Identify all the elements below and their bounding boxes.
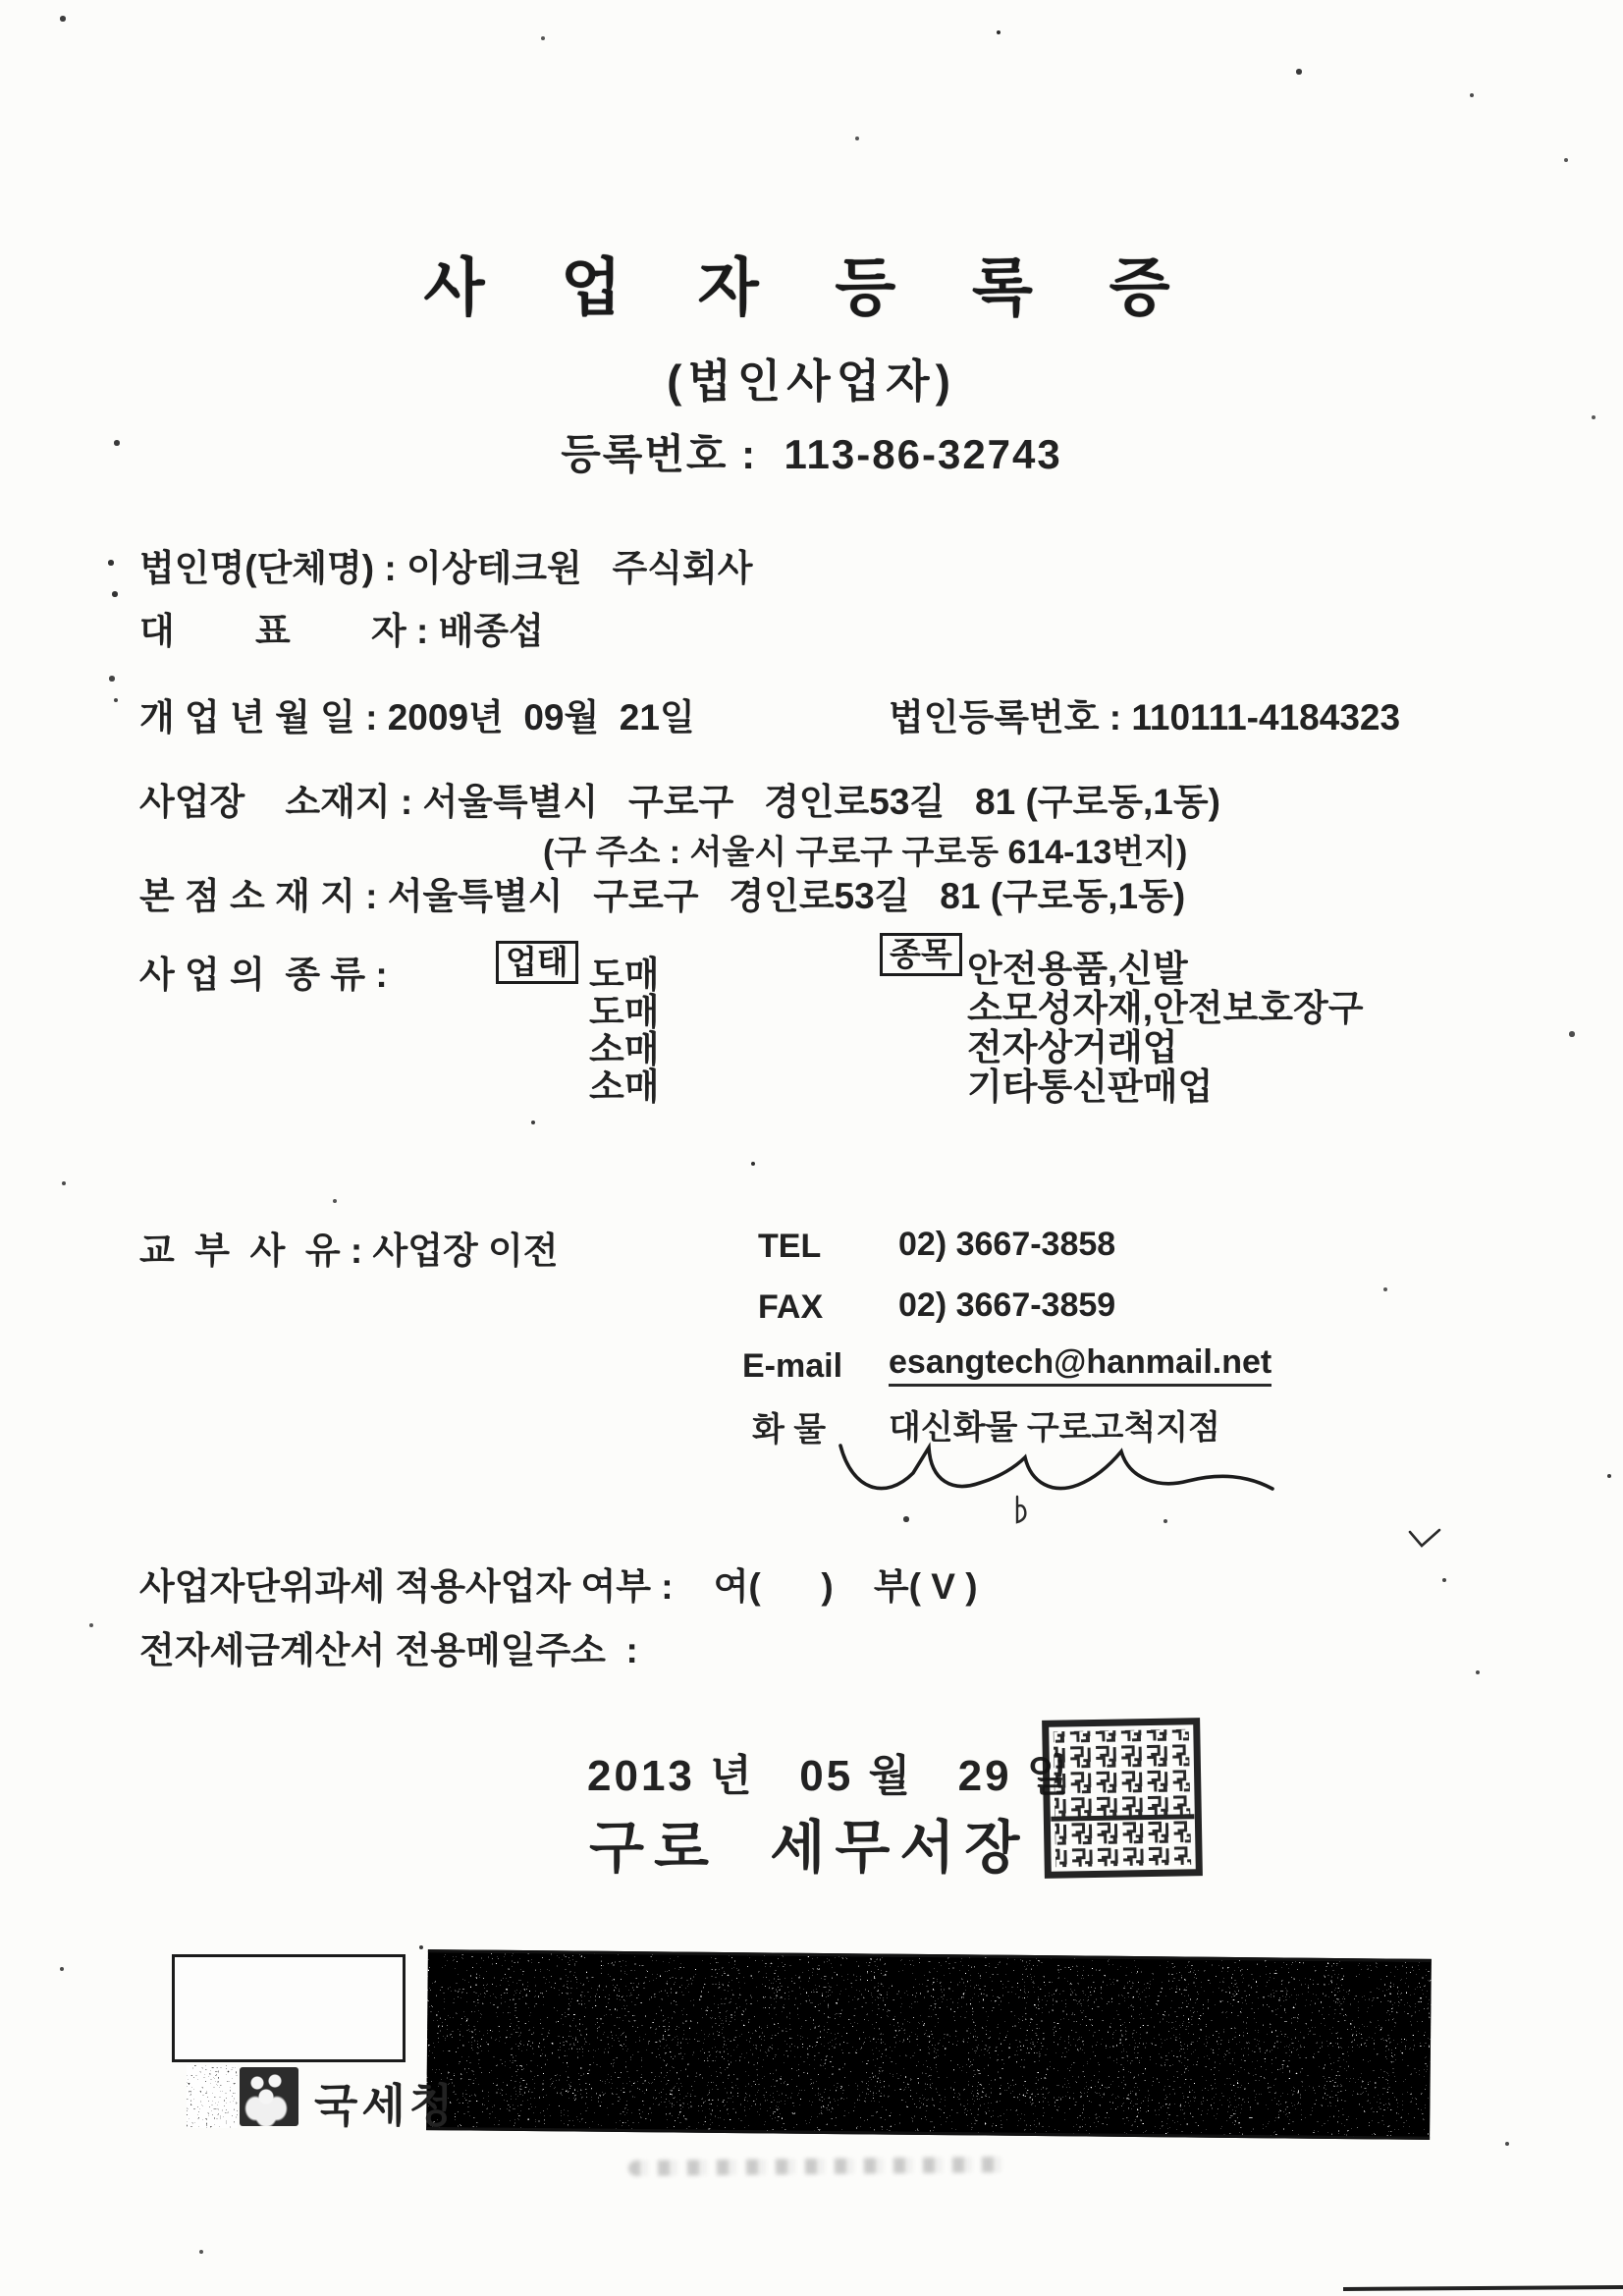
unit-tax-gap2 bbox=[834, 1566, 874, 1607]
tel-value: 02) 3667-3858 bbox=[898, 1226, 1115, 1264]
registration-number-label: 등록번호 : bbox=[561, 431, 757, 477]
biz-addr-label: 사업장 소재지 : bbox=[139, 782, 412, 822]
fax-label: FAX bbox=[758, 1288, 823, 1327]
einvoice-row: 전자세금계산서 전용메일주소 : bbox=[139, 1620, 638, 1673]
ceo-value: 배종섭 bbox=[439, 611, 544, 651]
unit-tax-yes-option: 여( ) bbox=[714, 1566, 834, 1607]
nts-emblem-noise bbox=[187, 2065, 238, 2128]
issue-date: 2013 년 05 월 29 일 bbox=[587, 1740, 1071, 1803]
corp-reg-gap bbox=[1121, 697, 1131, 738]
issue-reason-label: 교 부 사 유 : bbox=[139, 1230, 362, 1271]
unit-tax-gap1 bbox=[674, 1566, 714, 1607]
open-date-value: 2009년 09월 21일 bbox=[388, 697, 695, 738]
issue-reason-gap bbox=[362, 1230, 372, 1271]
registration-number-line: 등록번호 : 113-86-32743 bbox=[0, 422, 1623, 481]
certificate-subtitle: (법인사업자) bbox=[0, 346, 1623, 410]
corp-name-value: 이상테크원 주식회사 bbox=[406, 548, 753, 588]
uptae-row: 소매 bbox=[589, 1057, 659, 1110]
open-date-row: 개 업 년 월 일 : 2009년 09월 21일 bbox=[139, 687, 695, 740]
biz-addr-value: 서울특별시 구로구 경인로53길 81 (구로동,1동) bbox=[422, 782, 1219, 822]
corp-reg-label: 법인등록번호 : bbox=[889, 697, 1121, 738]
bottom-blank-box bbox=[172, 1954, 406, 2062]
scan-noise-specks bbox=[0, 0, 2, 2]
unit-tax-label: 사업자단위과세 적용사업자 여부 : bbox=[139, 1566, 674, 1607]
hq-addr-gap bbox=[377, 876, 387, 916]
registration-number-value: 113-86-32743 bbox=[784, 431, 1062, 477]
corp-reg-value: 110111-4184323 bbox=[1131, 697, 1400, 738]
nts-label: 국세청 bbox=[314, 2070, 457, 2135]
biz-addr-gap bbox=[412, 782, 422, 822]
corp-reg-row: 법인등록번호 : 110111-4184323 bbox=[889, 687, 1400, 740]
redacted-noise-bar bbox=[426, 1949, 1432, 2140]
unit-tax-row: 사업자단위과세 적용사업자 여부 : 여( ) 부( V ) bbox=[139, 1557, 978, 1610]
tel-label: TEL bbox=[758, 1228, 821, 1266]
uptae-tag-box: 업태 bbox=[496, 941, 578, 984]
biz-addr-row: 사업장 소재지 : 서울특별시 구로구 경인로53길 81 (구로동,1동) bbox=[139, 772, 1220, 825]
bottom-corner-line bbox=[1343, 2285, 1623, 2291]
fax-value: 02) 3667-3859 bbox=[898, 1286, 1115, 1325]
handwritten-wave-mark bbox=[835, 1436, 1278, 1506]
hq-addr-value: 서울특별시 구로구 경인로53길 81 (구로동,1동) bbox=[388, 876, 1185, 916]
issuer-name: 구로 세무서장 bbox=[589, 1801, 1029, 1884]
hq-addr-label: 본 점 소 재 지 : bbox=[139, 876, 377, 916]
handwritten-check-mark bbox=[1406, 1528, 1445, 1550]
nts-emblem-figures bbox=[240, 2067, 298, 2126]
corp-name-gap bbox=[397, 548, 406, 588]
handwritten-mark bbox=[1011, 1495, 1031, 1528]
email-label: E-mail bbox=[742, 1347, 842, 1386]
unit-tax-no-option: 부( V ) bbox=[874, 1566, 978, 1607]
nts-emblem-icon bbox=[187, 2065, 302, 2128]
jongmok-tag-box: 종목 bbox=[880, 933, 962, 976]
jongmok-row: 기타통신판매업 bbox=[967, 1057, 1213, 1110]
open-date-gap bbox=[377, 697, 387, 738]
issue-reason-value: 사업장 이전 bbox=[373, 1230, 559, 1271]
official-seal-stamp bbox=[1042, 1718, 1204, 1880]
bleed-through-smudge bbox=[628, 2157, 1011, 2176]
open-date-label: 개 업 년 월 일 : bbox=[139, 697, 377, 738]
corp-name-row: 법인명(단체명) : 이상테크원 주식회사 bbox=[139, 538, 753, 591]
scanned-certificate-page: 사 업 자 등 록 증 (법인사업자) 등록번호 : 113-86-32743 … bbox=[0, 0, 1623, 2296]
certificate-title: 사 업 자 등 록 증 bbox=[0, 238, 1623, 328]
issue-reason-row: 교 부 사 유 : 사업장 이전 bbox=[139, 1221, 559, 1274]
biz-type-label: 사 업 의 종 류 : bbox=[139, 945, 388, 998]
ceo-label: 대 표 자 : bbox=[139, 611, 428, 651]
corp-name-label: 법인명(단체명) : bbox=[139, 548, 397, 588]
email-value: esangtech@hanmail.net bbox=[889, 1343, 1271, 1387]
cargo-label: 화 물 bbox=[752, 1402, 826, 1450]
ceo-gap bbox=[428, 611, 438, 651]
hq-addr-row: 본 점 소 재 지 : 서울특별시 구로구 경인로53길 81 (구로동,1동) bbox=[139, 866, 1185, 919]
ceo-row: 대 표 자 : 배종섭 bbox=[139, 601, 544, 654]
registration-number-gap bbox=[757, 431, 784, 477]
